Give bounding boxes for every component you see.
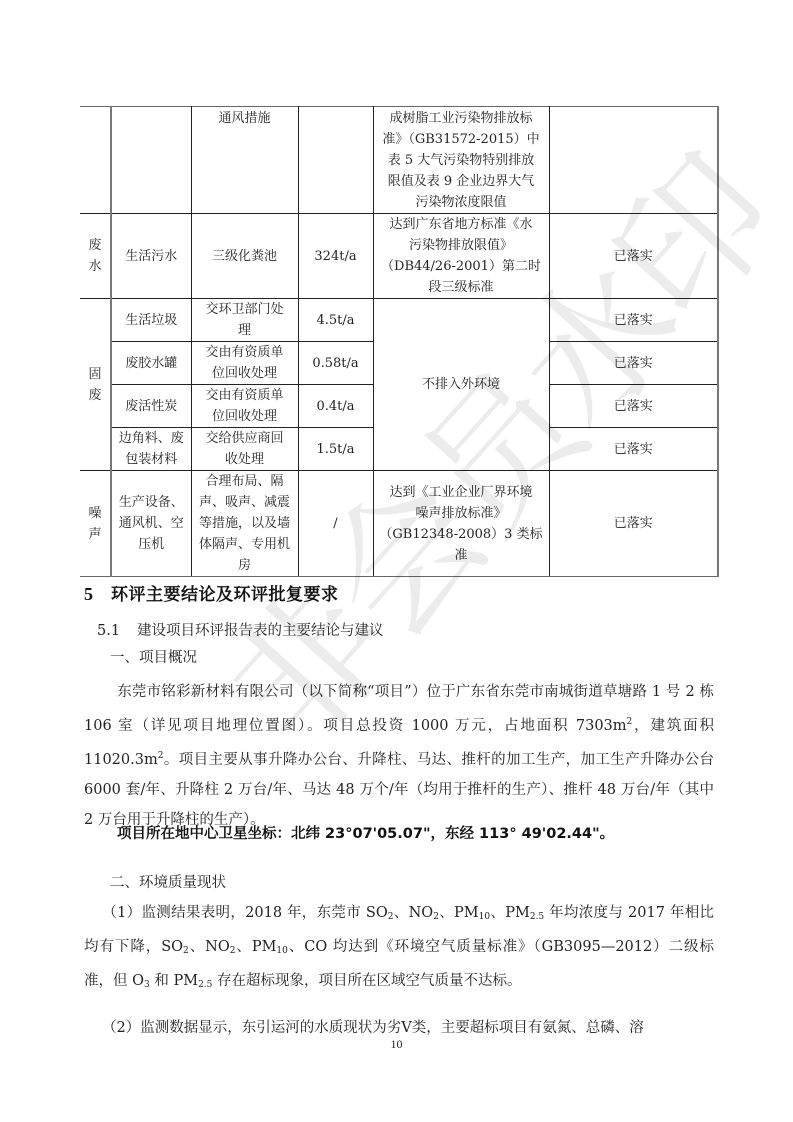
amount-cell: 1.5t/a [298, 428, 373, 471]
status-cell: 已落实 [549, 428, 718, 471]
category-cell-wastewater: 废 水 [80, 214, 111, 299]
status-cell: 已落实 [549, 385, 718, 428]
table-row: 噪 声 生产设备、 通风机、空 压机 合理布局、隔 声、吸声、减震 等措施，以及… [80, 471, 718, 577]
measure-cell: 交由有资质单 位回收处理 [191, 385, 298, 428]
amount-cell: 324t/a [298, 214, 373, 299]
measure-cell: 合理布局、隔 声、吸声、减震 等措施，以及墙 体隔声、专用机 房 [191, 471, 298, 577]
category-cell [80, 107, 111, 214]
part1-heading: 一、项目概况 [110, 646, 197, 667]
section-heading: 5环评主要结论及环评批复要求 [84, 580, 339, 605]
subsection-heading: 5.1建设项目环评报告表的主要结论与建议 [97, 619, 384, 640]
source-cell: 生活污水 [111, 214, 191, 299]
amount-cell: 0.4t/a [298, 385, 373, 428]
section-title: 环评主要结论及环评批复要求 [111, 585, 339, 605]
source-cell: 生活垃圾 [111, 299, 191, 342]
table-row: 固 废 生活垃圾 交环卫部门处 理 4.5t/a 不排入外环境 已落实 [80, 299, 718, 342]
amount-cell: 4.5t/a [298, 299, 373, 342]
source-cell [111, 107, 191, 214]
standard-cell: 成树脂工业污染物排放标 准》（GB31572-2015）中 表 5 大气污染物特… [373, 107, 549, 214]
subsection-title: 建设项目环评报告表的主要结论与建议 [137, 623, 384, 639]
table-row: 废 水 生活污水 三级化粪池 324t/a 达到广东省地方标准《水 污染物排放限… [80, 214, 718, 299]
category-cell-noise: 噪 声 [80, 471, 111, 577]
status-cell: 已落实 [549, 214, 718, 299]
source-cell: 生产设备、 通风机、空 压机 [111, 471, 191, 577]
pollution-control-table: 通风措施 成树脂工业污染物排放标 准》（GB31572-2015）中 表 5 大… [80, 106, 719, 577]
subsection-number: 5.1 [97, 623, 137, 639]
measure-cell: 交由有资质单 位回收处理 [191, 342, 298, 385]
status-cell: 已落实 [549, 471, 718, 577]
measure-cell: 三级化粪池 [191, 214, 298, 299]
document-page: 通风措施 成树脂工业污染物排放标 准》（GB31572-2015）中 表 5 大… [0, 0, 793, 1122]
air-quality-paragraph: （1）监测结果表明，2018 年，东莞市 SO2、NO2、PM10、PM2.5 … [84, 898, 714, 1000]
measure-cell: 通风措施 [191, 107, 298, 214]
standard-cell: 达到广东省地方标准《水 污染物排放限值》 （DB44/26-2001）第二时 段… [373, 214, 549, 299]
table-row: 通风措施 成树脂工业污染物排放标 准》（GB31572-2015）中 表 5 大… [80, 107, 718, 214]
amount-cell: / [298, 471, 373, 577]
amount-cell [298, 107, 373, 214]
page-number: 10 [0, 1037, 793, 1052]
status-cell: 已落实 [549, 299, 718, 342]
part2-heading: 二、环境质量现状 [110, 871, 226, 892]
section-number: 5 [84, 584, 111, 605]
amount-cell: 0.58t/a [298, 342, 373, 385]
standard-cell: 达到《工业企业厂界环境 噪声排放标准》 （GB12348-2008）3 类标准 [373, 471, 549, 577]
status-cell [549, 107, 718, 214]
measure-cell: 交给供应商回 收处理 [191, 428, 298, 471]
source-cell: 边角料、废 包装材料 [111, 428, 191, 471]
measure-cell: 交环卫部门处 理 [191, 299, 298, 342]
project-overview-paragraph: 东莞市铭彩新材料有限公司（以下简称“项目”）位于广东省东莞市南城街道草塘路 1 … [84, 677, 714, 835]
coordinates-line: 项目所在地中心卫星坐标：北纬 23°07'05.07"，东经 113° 49'0… [117, 822, 614, 843]
source-cell: 废活性炭 [111, 385, 191, 428]
source-cell: 废胶水罐 [111, 342, 191, 385]
status-cell: 已落实 [549, 342, 718, 385]
category-cell-solid-waste: 固 废 [80, 299, 111, 471]
standard-cell: 不排入外环境 [373, 299, 549, 471]
